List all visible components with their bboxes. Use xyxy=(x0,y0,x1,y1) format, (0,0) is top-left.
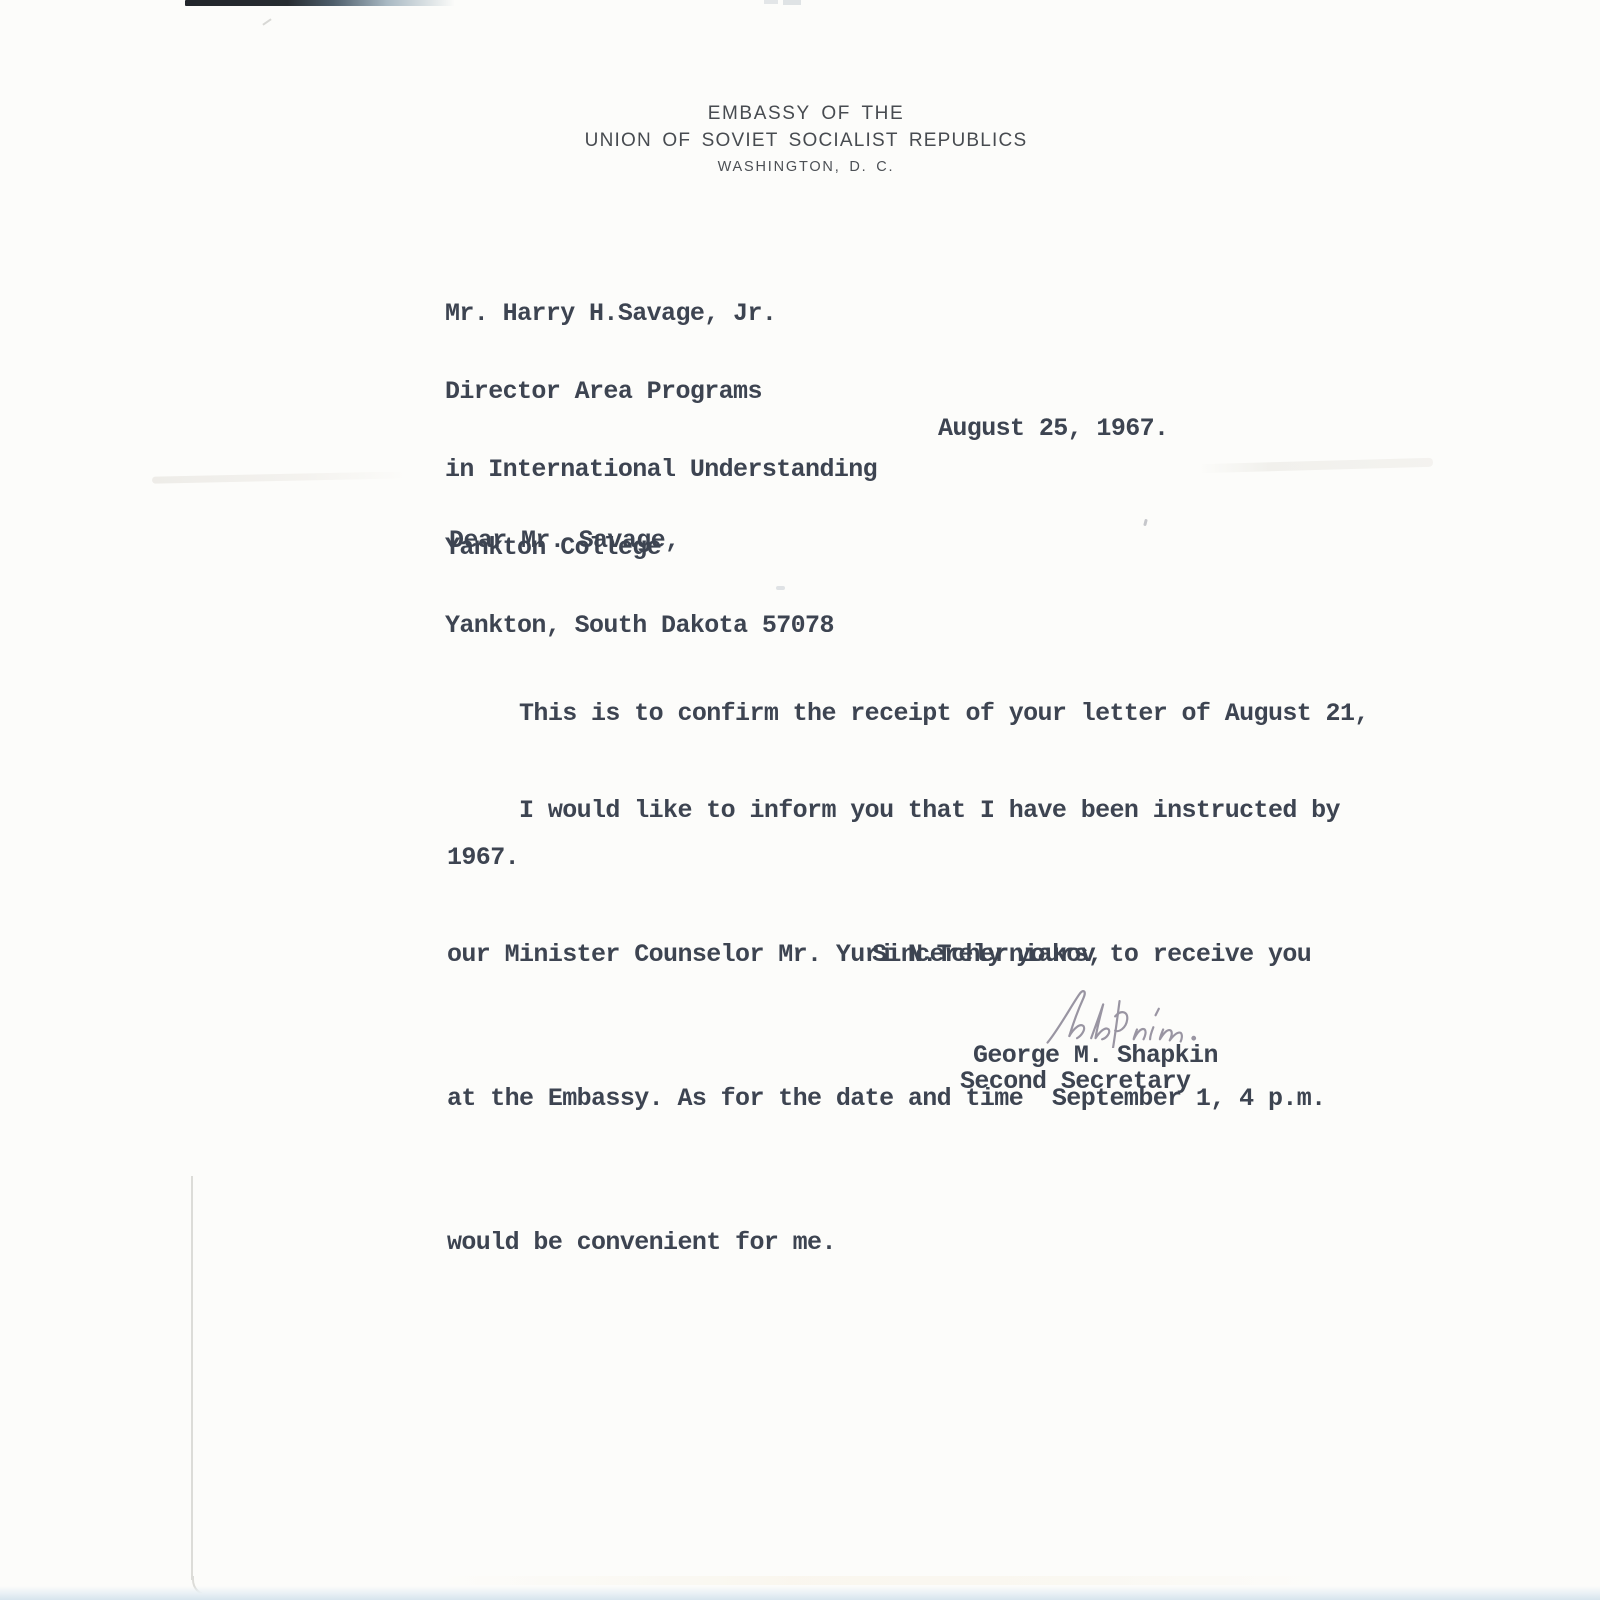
scan-artifact-streak xyxy=(152,471,407,483)
signer-title: Second Secretary xyxy=(960,1069,1190,1095)
body-line: I would like to inform you that I have b… xyxy=(447,787,1340,835)
body-line: would be convenient for me. xyxy=(447,1219,1340,1267)
recipient-line: Mr. Harry H.Savage, Jr. xyxy=(445,301,877,327)
scan-artifact-top-bar xyxy=(185,0,455,6)
signer-name: George M. Shapkin xyxy=(973,1043,1218,1069)
scan-artifact-bottom-tint xyxy=(430,1576,1330,1585)
letterhead: EMBASSY OF THE UNION OF SOVIET SOCIALIST… xyxy=(400,100,1212,180)
body-line: at the Embassy. As for the date and time… xyxy=(447,1075,1340,1123)
letterhead-line2: UNION OF SOVIET SOCIALIST REPUBLICS xyxy=(400,127,1212,154)
recipient-line: in International Understanding xyxy=(445,457,877,483)
date-line: August 25, 1967. xyxy=(938,416,1168,442)
scan-artifact-speck xyxy=(1143,519,1148,527)
valediction: Sincerely yours, xyxy=(872,942,1102,968)
scan-artifact-streak xyxy=(1198,458,1433,474)
scan-page-edge-corner xyxy=(192,1576,232,1596)
letterhead-line1: EMBASSY OF THE xyxy=(400,100,1212,127)
salutation: Dear Mr. Savage, xyxy=(449,528,679,554)
recipient-line: Director Area Programs xyxy=(445,379,877,405)
scan-artifact-speck xyxy=(262,18,271,25)
letter-page: EMBASSY OF THE UNION OF SOVIET SOCIALIST… xyxy=(0,0,1600,1600)
signature-handwriting xyxy=(1036,988,1214,1048)
scan-artifact-bottom-edge xyxy=(0,1586,1600,1600)
scan-artifact-top-mark xyxy=(764,0,778,4)
letterhead-line3: WASHINGTON, D. C. xyxy=(400,154,1212,180)
scan-page-edge-line xyxy=(191,1176,193,1580)
scan-artifact-top-mark xyxy=(783,0,801,5)
